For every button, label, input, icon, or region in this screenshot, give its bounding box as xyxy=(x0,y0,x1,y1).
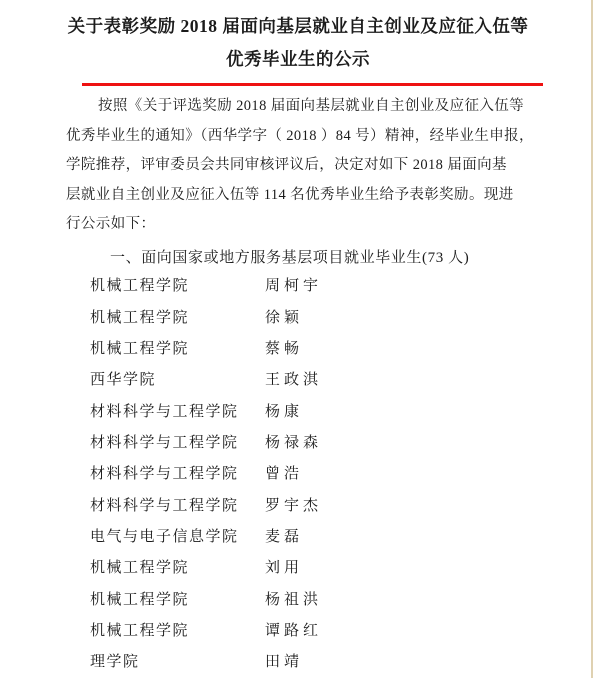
student-name-cell: 曾浩 xyxy=(265,462,303,483)
title-line-2: 优秀毕业生的公示 xyxy=(40,43,556,76)
announcement-paragraph: 按照《关于评选奖励 2018 届面向基层就业自主创业及应征入伍等优秀毕业生的通知… xyxy=(66,92,540,240)
graduate-row: 材料科学与工程学院杨禄森 xyxy=(90,426,566,457)
graduate-row: 机械工程学院蔡畅 xyxy=(90,332,566,363)
document-title: 关于表彰奖励 2018 届面向基层就业自主创业及应征入伍等 优秀毕业生的公示 xyxy=(40,10,556,76)
college-cell: 机械工程学院 xyxy=(90,556,265,577)
student-name-cell: 蔡畅 xyxy=(265,337,303,358)
paragraph-line: 学院推荐，评审委员会共同审核评议后，决定对如下 2018 届面向基 xyxy=(66,151,540,181)
graduate-row: 机械工程学院周柯宇 xyxy=(90,269,566,300)
college-cell: 理学院 xyxy=(90,650,265,671)
college-cell: 机械工程学院 xyxy=(90,337,265,358)
college-cell: 机械工程学院 xyxy=(90,274,265,295)
red-divider-line xyxy=(82,83,543,86)
graduate-row: 电气与电子信息学院麦磊 xyxy=(90,520,566,551)
student-name-cell: 周柯宇 xyxy=(265,274,322,295)
student-name-cell: 刘用 xyxy=(265,556,303,577)
student-name-cell: 杨禄森 xyxy=(265,431,322,452)
graduate-row: 材料科学与工程学院杨康 xyxy=(90,394,566,425)
graduate-row: 西华学院王政淇 xyxy=(90,363,566,394)
paragraph-line: 按照《关于评选奖励 2018 届面向基层就业自主创业及应征入伍等 xyxy=(66,92,540,122)
graduate-row: 机械工程学院刘用 xyxy=(90,551,566,582)
graduate-row: 机械工程学院杨祖洪 xyxy=(90,582,566,613)
document-page: 关于表彰奖励 2018 届面向基层就业自主创业及应征入伍等 优秀毕业生的公示 按… xyxy=(0,0,596,678)
paragraph-line: 行公示如下： xyxy=(66,210,540,240)
title-line-1: 关于表彰奖励 2018 届面向基层就业自主创业及应征入伍等 xyxy=(40,10,556,43)
graduate-row: 理学院田靖 xyxy=(90,645,566,676)
college-cell: 材料科学与工程学院 xyxy=(90,400,265,421)
student-name-cell: 罗宇杰 xyxy=(265,494,322,515)
graduate-row: 机械工程学院谭路红 xyxy=(90,614,566,645)
student-name-cell: 杨祖洪 xyxy=(265,588,322,609)
graduate-row: 材料科学与工程学院罗宇杰 xyxy=(90,488,566,519)
student-name-cell: 徐颖 xyxy=(265,306,303,327)
college-cell: 机械工程学院 xyxy=(90,619,265,640)
graduate-row: 机械工程学院徐颖 xyxy=(90,300,566,331)
paragraph-line: 层就业自主创业及应征入伍等 114 名优秀毕业生给予表彰奖励。现进 xyxy=(66,181,540,211)
student-name-cell: 谭路红 xyxy=(265,619,322,640)
student-name-cell: 田靖 xyxy=(265,650,303,671)
student-name-cell: 麦磊 xyxy=(265,525,303,546)
college-cell: 机械工程学院 xyxy=(90,306,265,327)
college-cell: 西华学院 xyxy=(90,368,265,389)
college-cell: 材料科学与工程学院 xyxy=(90,462,265,483)
college-cell: 电气与电子信息学院 xyxy=(90,525,265,546)
page-edge-line xyxy=(591,0,593,678)
graduate-row: 材料科学与工程学院曾浩 xyxy=(90,457,566,488)
paragraph-line: 优秀毕业生的通知》（西华学字（ 2018 ）84 号）精神，经毕业生申报， xyxy=(66,122,540,152)
college-cell: 材料科学与工程学院 xyxy=(90,494,265,515)
graduates-list: 机械工程学院周柯宇机械工程学院徐颖机械工程学院蔡畅西华学院王政淇材料科学与工程学… xyxy=(90,269,566,676)
student-name-cell: 杨康 xyxy=(265,400,303,421)
college-cell: 材料科学与工程学院 xyxy=(90,431,265,452)
student-name-cell: 王政淇 xyxy=(265,368,322,389)
college-cell: 机械工程学院 xyxy=(90,588,265,609)
